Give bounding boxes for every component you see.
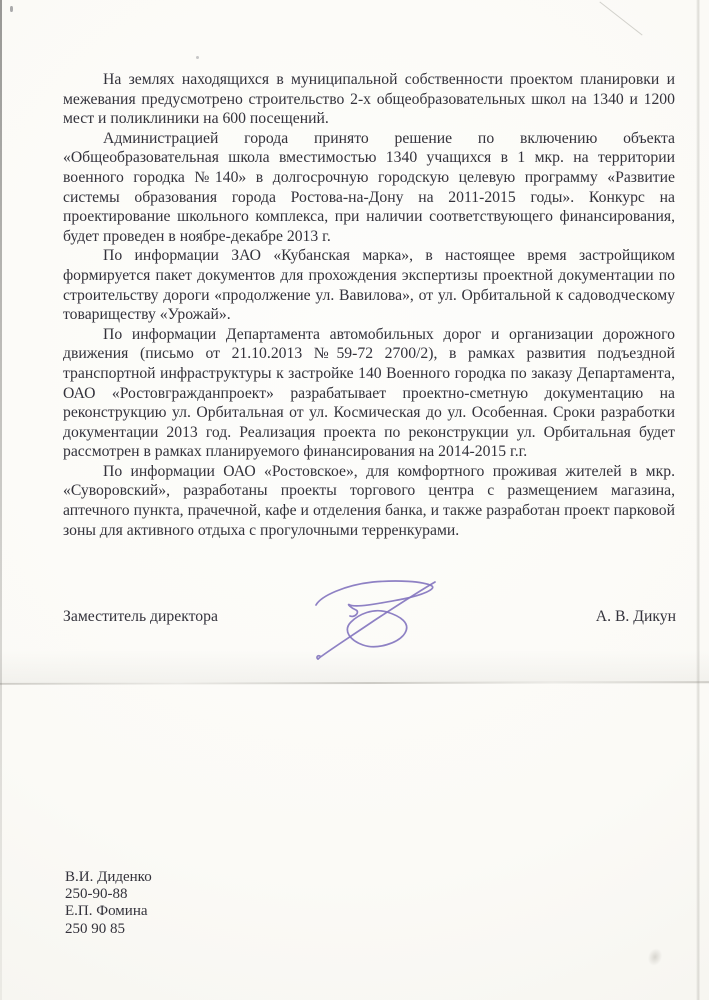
paragraph-roads-department: По информации Департамента автомобильных… (63, 325, 675, 462)
paper-fold-line (0, 681, 709, 684)
contact-phone-2: 250 90 85 (65, 921, 152, 938)
corner-crease (599, 1, 642, 35)
contact-phone-1: 250-90-88 (65, 886, 152, 903)
paragraph-rostovskoe: По информации ОАО «Ростовское», для комф… (63, 462, 675, 540)
scan-speck (10, 6, 13, 12)
contact-name-1: В.И. Диденко (65, 869, 152, 886)
contact-name-2: Е.П. Фомина (65, 903, 152, 920)
paper-fold-right (696, 0, 700, 1000)
paragraph-schools: На землях находящихся в муниципальной со… (63, 70, 675, 129)
document-body: На землях находящихся в муниципальной со… (63, 70, 675, 540)
paragraph-city-program: Администрацией города принято решение по… (63, 129, 675, 247)
scan-edge-left (0, 0, 2, 1000)
scan-smudge (645, 946, 664, 968)
scanned-document-page: На землях находящихся в муниципальной со… (0, 0, 709, 1000)
signatory-name: А. В. Дикун (596, 608, 676, 626)
paragraph-kubanskaya-marka: По информации ЗАО «Кубанская марка», в н… (63, 246, 675, 324)
paper-fold-shadow (0, 650, 709, 682)
contact-block: В.И. Диденко 250-90-88 Е.П. Фомина 250 9… (65, 869, 152, 938)
signatory-role: Заместитель директора (63, 608, 218, 626)
signature-stroke-ellipse (347, 611, 406, 647)
scan-speck (196, 56, 199, 59)
